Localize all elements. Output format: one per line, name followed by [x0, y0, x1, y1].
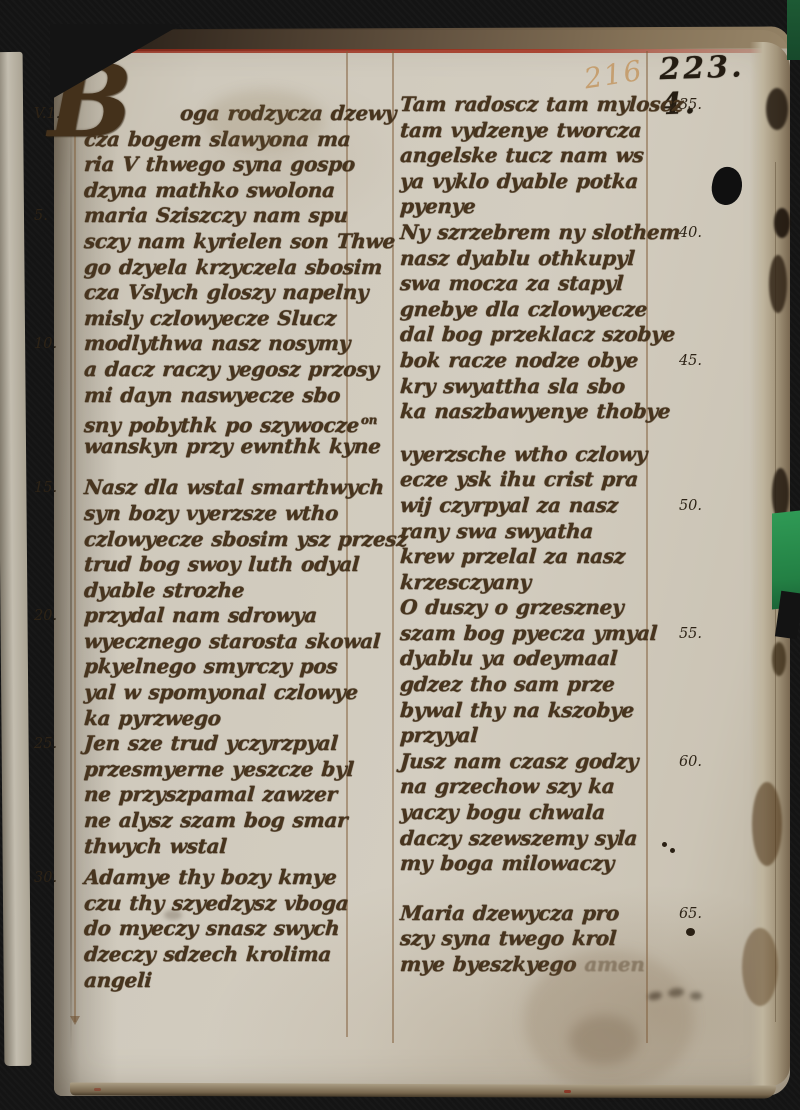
manuscript-text: Maria dzewycza pro: [399, 901, 620, 927]
manuscript-line: 15.Nasz dla wstal smarthwych: [84, 475, 346, 501]
manuscript-line: 65.Maria dzewycza pro: [400, 901, 646, 927]
manuscript-line: ne alysz szam bog smar: [84, 808, 346, 834]
manuscript-text: yal w spomyonal czlowye: [83, 680, 359, 706]
manuscript-line: yaczy bogu chwala: [400, 800, 646, 826]
verse-number: 15.: [34, 476, 57, 502]
manuscript-line: dzyna mathko swolona: [84, 178, 346, 204]
folio-number-pencil: 216: [582, 54, 646, 96]
manuscript-line: dyablu ya odeymaal: [400, 646, 646, 672]
right-text-column: v.35.Tam radoscz tam myloscztam vydzenye…: [400, 92, 646, 978]
manuscript-line: krzesczyany: [400, 570, 646, 596]
ink-mark: [662, 842, 667, 847]
manuscript-line: yal w spomyonal czlowye: [84, 680, 346, 706]
manuscript-line: kry swyattha sla sbo: [400, 374, 646, 400]
manuscript-text: do myeczy snasz swych: [83, 916, 340, 942]
parchment-stain: [204, 90, 324, 150]
manuscript-text: na grzechow szy ka: [399, 774, 615, 800]
verse-number: V.1.: [34, 102, 60, 128]
superscript-text: on: [361, 413, 377, 427]
manuscript-text: Adamye thy bozy kmye: [83, 865, 337, 891]
manuscript-line: 55.szam bog pyecza ymyal: [400, 621, 646, 647]
verse-number: 65.: [679, 902, 702, 928]
manuscript-text: krzesczyany: [399, 570, 532, 596]
manuscript-text: ka pyrzwego: [83, 706, 222, 732]
verse-number: 20.: [34, 604, 57, 630]
manuscript-page: 216 223. 4. B V.1.oga rodzycza dzewycza …: [54, 30, 790, 1096]
manuscript-text: pkyelnego smyrczy pos: [83, 654, 338, 680]
manuscript-text: Tam radoscz tam myloscz: [399, 92, 684, 118]
manuscript-text: maria Sziszczy nam spu: [83, 203, 348, 229]
edge-stain: [769, 255, 787, 313]
manuscript-line: do myeczy snasz swych: [84, 916, 346, 942]
manuscript-text: sczy nam kyrielen son Thwe: [83, 229, 396, 255]
manuscript-text: Jusz nam czasz godzy: [399, 749, 639, 775]
manuscript-text: mi dayn naswyecze sbo: [83, 383, 341, 409]
manuscript-text: ne przyszpamal zawzer: [83, 782, 338, 808]
manuscript-line: na grzechow szy ka: [400, 774, 646, 800]
manuscript-text: go dzyela krzyczela sbosim: [83, 255, 383, 281]
manuscript-line: dal bog przeklacz szobye: [400, 322, 646, 348]
manuscript-text: czlowyecze sbosim ysz przesz: [83, 527, 408, 553]
manuscript-line: 25.Jen sze trud yczyrzpyal: [84, 731, 346, 757]
verse-number: 30.: [34, 866, 57, 892]
manuscript-text: przydal nam sdrowya: [83, 603, 318, 629]
manuscript-line: 20.przydal nam sdrowya: [84, 603, 346, 629]
manuscript-line: 40.Ny szrzebrem ny slothem: [400, 220, 646, 246]
manuscript-line: ecze ysk ihu crist pra: [400, 467, 646, 493]
ink-smudge: [164, 910, 182, 920]
manuscript-line: ya vyklo dyable potka: [400, 169, 646, 195]
manuscript-line: daczy szewszemy syla: [400, 826, 646, 852]
manuscript-line: pyenye: [400, 194, 646, 220]
edge-stain: [742, 928, 778, 1006]
edge-stain: [772, 642, 786, 676]
edge-stain: [752, 782, 782, 866]
manuscript-line: swa mocza za stapyl: [400, 271, 646, 297]
manuscript-line: ka naszbawyenye thobye: [400, 399, 646, 425]
manuscript-text: swa mocza za stapyl: [399, 271, 624, 297]
manuscript-text: a dacz raczy yegosz przosy: [83, 357, 379, 383]
manuscript-text: kry swyattha sla sbo: [399, 374, 626, 400]
verse-number: 45.: [679, 349, 702, 375]
manuscript-text: krew przelal za nasz: [399, 544, 626, 570]
manuscript-text: ya vyklo dyable potka: [399, 169, 639, 195]
gutter-crease: [70, 120, 72, 1050]
manuscript-text: pyenye: [399, 194, 476, 220]
verse-number: 55.: [679, 622, 702, 648]
manuscript-text: ria V thwego syna gospo: [83, 152, 356, 178]
left-text-column: V.1.oga rodzycza dzewycza bogem slawyona…: [84, 101, 346, 993]
manuscript-line: gdzez tho sam prze: [400, 672, 646, 698]
manuscript-text: ka naszbawyenye thobye: [399, 399, 671, 425]
manuscript-line: cza Vslych gloszy napelny: [84, 280, 346, 306]
manuscript-line: przyyal: [400, 723, 646, 749]
manuscript-line: sny pobythk po szywoczeon: [84, 408, 346, 434]
manuscript-text: my boga milowaczy: [399, 851, 615, 877]
manuscript-text: misly czlowyecze Slucz: [83, 306, 337, 332]
manuscript-text: szam bog pyecza ymyal: [399, 621, 658, 647]
manuscript-text: tam vydzenye tworcza: [399, 118, 642, 144]
manuscript-text: nasz dyablu othkupyl: [399, 246, 635, 272]
manuscript-text: syn bozy vyerzsze wtho: [83, 501, 339, 527]
manuscript-line: pkyelnego smyrczy pos: [84, 654, 346, 680]
manuscript-line: a dacz raczy yegosz przosy: [84, 357, 346, 383]
ink-mark: [670, 848, 675, 853]
manuscript-text: ne alysz szam bog smar: [83, 808, 348, 834]
ruling-line-col2-right: [646, 51, 648, 1043]
manuscript-text: bok racze nodze obye: [399, 348, 639, 374]
manuscript-text: rany swa swyatha: [399, 519, 594, 545]
manuscript-text: szy syna twego krol: [399, 926, 617, 952]
red-edge-speck: [564, 1090, 571, 1093]
manuscript-text: cza Vslych gloszy napelny: [83, 280, 369, 306]
manuscript-text: gdzez tho sam prze: [399, 672, 615, 698]
manuscript-text: dzyna mathko swolona: [83, 178, 336, 204]
book-top-edge: [90, 26, 790, 51]
verse-number: 10.: [34, 332, 57, 358]
parchment-stain: [569, 1015, 639, 1065]
ink-blot-hole: [708, 164, 745, 207]
manuscript-text: vyerzsche wtho czlowy: [399, 442, 648, 468]
manuscript-line: wyecznego starosta skowal: [84, 629, 346, 655]
manuscript-text: Ny szrzebrem ny slothem: [399, 220, 681, 246]
manuscript-line: gnebye dla czlowyecze: [400, 297, 646, 323]
ink-mark: [686, 928, 695, 936]
previous-page-edge: [0, 52, 31, 1066]
manuscript-line: trud bog swoy luth odyal: [84, 552, 346, 578]
verse-number: 25.: [34, 732, 57, 758]
manuscript-text: dal bog przeklacz szobye: [399, 322, 676, 348]
manuscript-text: wanskyn przy ewnthk kyne: [83, 434, 381, 460]
manuscript-text: daczy szewszemy syla: [399, 826, 638, 852]
manuscript-line: my boga milowaczy: [400, 851, 646, 877]
manuscript-text: thwych wstal: [83, 834, 227, 860]
ruling-line-left: [74, 60, 76, 1022]
manuscript-text: przyyal: [399, 723, 478, 749]
manuscript-line: krew przelal za nasz: [400, 544, 646, 570]
book-bottom-edge: [70, 1082, 776, 1098]
manuscript-text: dyable strozhe: [83, 578, 245, 604]
manuscript-line: bywal thy na kszobye: [400, 698, 646, 724]
manuscript-line: angeli: [84, 968, 346, 994]
verse-number: 50.: [679, 494, 702, 520]
manuscript-line: czu thy szyedzysz vboga: [84, 891, 346, 917]
manuscript-text: O duszy o grzeszney: [399, 595, 624, 621]
manuscript-line: przesmyerne yeszcze byl: [84, 757, 346, 783]
manuscript-text: czu thy szyedzysz vboga: [83, 891, 349, 917]
ink-smudge: [690, 992, 702, 1000]
manuscript-text: angeli: [83, 968, 152, 994]
manuscript-text: modlythwa nasz nosymy: [83, 331, 351, 357]
manuscript-line: syn bozy vyerzsze wtho: [84, 501, 346, 527]
verse-number: 40.: [679, 221, 702, 247]
manuscript-text: yaczy bogu chwala: [399, 800, 606, 826]
manuscript-line: 60.Jusz nam czasz godzy: [400, 749, 646, 775]
manuscript-line: sczy nam kyrielen son Thwe: [84, 229, 346, 255]
manuscript-line: szy syna twego krol: [400, 926, 646, 952]
verse-number: 60.: [679, 750, 702, 776]
manuscript-text: wij czyrpyal za nasz: [399, 493, 619, 519]
manuscript-line: 50.wij czyrpyal za nasz: [400, 493, 646, 519]
manuscript-line: dzeczy sdzech krolima: [84, 942, 346, 968]
manuscript-text: Nasz dla wstal smarthwych: [83, 475, 385, 501]
red-edge-speck: [94, 1088, 101, 1091]
manuscript-text: przesmyerne yeszcze byl: [83, 757, 354, 783]
manuscript-text: trud bog swoy luth odyal: [83, 552, 360, 578]
manuscript-line: misly czlowyecze Slucz: [84, 306, 346, 332]
manuscript-text: dyablu ya odeymaal: [399, 646, 618, 672]
green-bookmark-top: [787, 0, 800, 60]
manuscript-line: ne przyszpamal zawzer: [84, 782, 346, 808]
manuscript-line: tam vydzenye tworcza: [400, 118, 646, 144]
manuscript-line: angelske tucz nam ws: [400, 143, 646, 169]
manuscript-text: gnebye dla czlowyecze: [399, 297, 648, 323]
manuscript-line: go dzyela krzyczela sbosim: [84, 255, 346, 281]
manuscript-line: vyerzsche wtho czlowy: [400, 442, 646, 468]
manuscript-line: czlowyecze sbosim ysz przesz: [84, 527, 346, 553]
manuscript-line: nasz dyablu othkupyl: [400, 246, 646, 272]
manuscript-line: dyable strozhe: [84, 578, 346, 604]
manuscript-text: dzeczy sdzech krolima: [83, 942, 332, 968]
manuscript-text: wyecznego starosta skowal: [83, 629, 381, 655]
manuscript-line: O duszy o grzeszney: [400, 595, 646, 621]
manuscript-text: bywal thy na kszobye: [399, 698, 635, 724]
manuscript-line: ria V thwego syna gospo: [84, 152, 346, 178]
manuscript-line: ka pyrzwego: [84, 706, 346, 732]
manuscript-line: 10.modlythwa nasz nosymy: [84, 331, 346, 357]
manuscript-line: wanskyn przy ewnthk kyne: [84, 434, 346, 460]
manuscript-line: mi dayn naswyecze sbo: [84, 383, 346, 409]
manuscript-text: ecze ysk ihu crist pra: [399, 467, 639, 493]
manuscript-line: v.35.Tam radoscz tam myloscz: [400, 92, 646, 118]
manuscript-line: 30.Adamye thy bozy kmye: [84, 865, 346, 891]
manuscript-text: Jen sze trud yczyrzpyal: [83, 731, 338, 757]
verse-number: 5.: [34, 204, 48, 230]
manuscript-line: 45.bok racze nodze obye: [400, 348, 646, 374]
manuscript-line: thwych wstal: [84, 834, 346, 860]
manuscript-text: angelske tucz nam ws: [399, 143, 644, 169]
manuscript-line: 5.maria Sziszczy nam spu: [84, 203, 346, 229]
manuscript-line: rany swa swyatha: [400, 519, 646, 545]
manuscript-scan: 216 223. 4. B V.1.oga rodzycza dzewycza …: [0, 0, 800, 1110]
edge-stain: [774, 208, 790, 238]
